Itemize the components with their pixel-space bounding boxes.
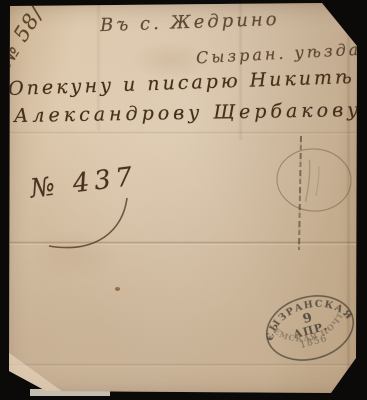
fold-wedge xyxy=(8,352,63,392)
corner-number-handwriting: № 58/ xyxy=(0,2,49,70)
letter-cover: № 58/ Въ с. Жедрино Сызран. уѣзда Опекун… xyxy=(0,0,367,400)
faint-postmark xyxy=(272,141,357,218)
postmark-syzranskaya: СЫЗРАНСКАЯ ЗЕМСКАЯ ПОЧТА 9 АПР. 1856 * * xyxy=(254,278,367,378)
photo-frame: № 58/ Въ с. Жедрино Сызран. уѣзда Опекун… xyxy=(0,0,367,400)
stain-spot xyxy=(115,287,120,291)
address-line-2: Сызран. уѣзда xyxy=(196,40,362,68)
address-line-4: Александрову Щербакову xyxy=(14,99,363,127)
pen-flourish xyxy=(35,196,135,266)
crease-line xyxy=(0,131,367,135)
address-line-1: Въ с. Жедрино xyxy=(100,9,280,36)
address-line-3: Опекуну и писарю Никитѣ xyxy=(8,66,355,100)
